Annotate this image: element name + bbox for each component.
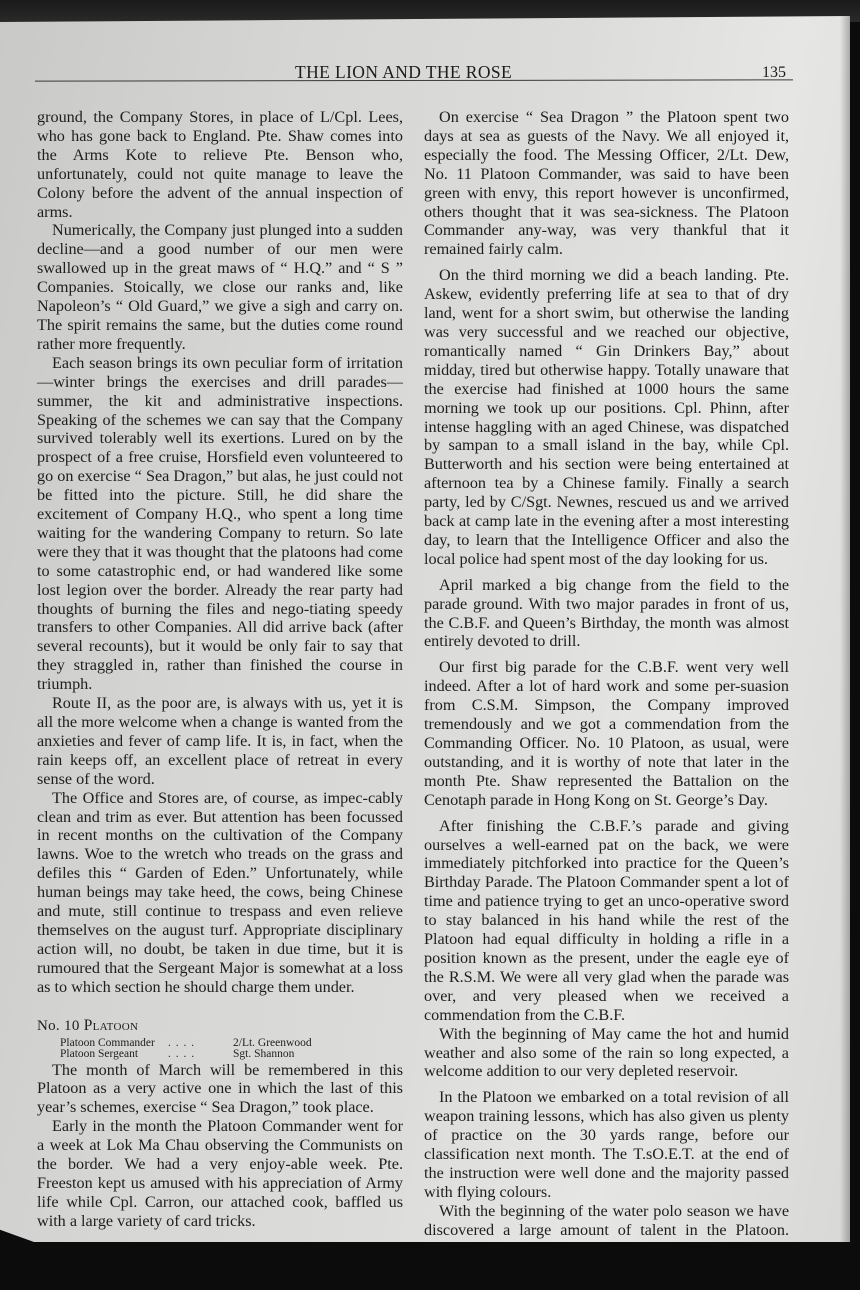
paragraph: Each season brings its own peculiar form… <box>37 354 403 694</box>
roster-role: Platoon Sergeant <box>60 1049 168 1061</box>
paragraph: The Office and Stores are, of course, as… <box>37 789 403 997</box>
platoon-roster: Platoon Commander . . . . 2/Lt. Greenwoo… <box>60 1038 403 1061</box>
left-column: ground, the Company Stores, in place of … <box>37 108 403 1231</box>
paragraph: Route II, as the poor are, is always wit… <box>37 694 403 789</box>
paragraph: April marked a big change from the field… <box>424 576 789 652</box>
paragraph: ground, the Company Stores, in place of … <box>37 108 403 221</box>
paragraph: With the beginning of May came the hot a… <box>424 1025 789 1082</box>
roster-row: Platoon Sergeant . . . . Sgt. Shannon <box>60 1049 403 1061</box>
roster-name: Sgt. Shannon <box>233 1049 294 1061</box>
right-column: On exercise “ Sea Dragon ” the Platoon s… <box>424 108 789 1242</box>
paragraph: After finishing the C.B.F.’s parade and … <box>424 817 789 1025</box>
paragraph: In the Platoon we embarked on a total re… <box>424 1088 789 1201</box>
section-heading-smallcaps: Platoon <box>84 1017 139 1034</box>
paragraph: The month of March will be remembered in… <box>37 1061 403 1118</box>
paragraph: On exercise “ Sea Dragon ” the Platoon s… <box>424 108 789 259</box>
section-heading-prefix: No. 10 <box>37 1018 84 1034</box>
magazine-page: THE LION AND THE ROSE 135 ground, the Co… <box>0 16 850 1242</box>
roster-leader-dots: . . . . <box>168 1049 233 1061</box>
paragraph: Early in the month the Platoon Commander… <box>37 1117 403 1230</box>
paragraph: Numerically, the Company just plunged in… <box>37 221 403 353</box>
section-heading-no-10-platoon: No. 10 Platoon <box>37 1017 403 1036</box>
paragraph: On the third morning we did a beach land… <box>424 266 789 569</box>
paragraph: With the beginning of the water polo sea… <box>424 1202 789 1242</box>
paragraph: Our first big parade for the C.B.F. went… <box>424 658 789 809</box>
page-header: THE LION AND THE ROSE 135 <box>0 60 850 90</box>
